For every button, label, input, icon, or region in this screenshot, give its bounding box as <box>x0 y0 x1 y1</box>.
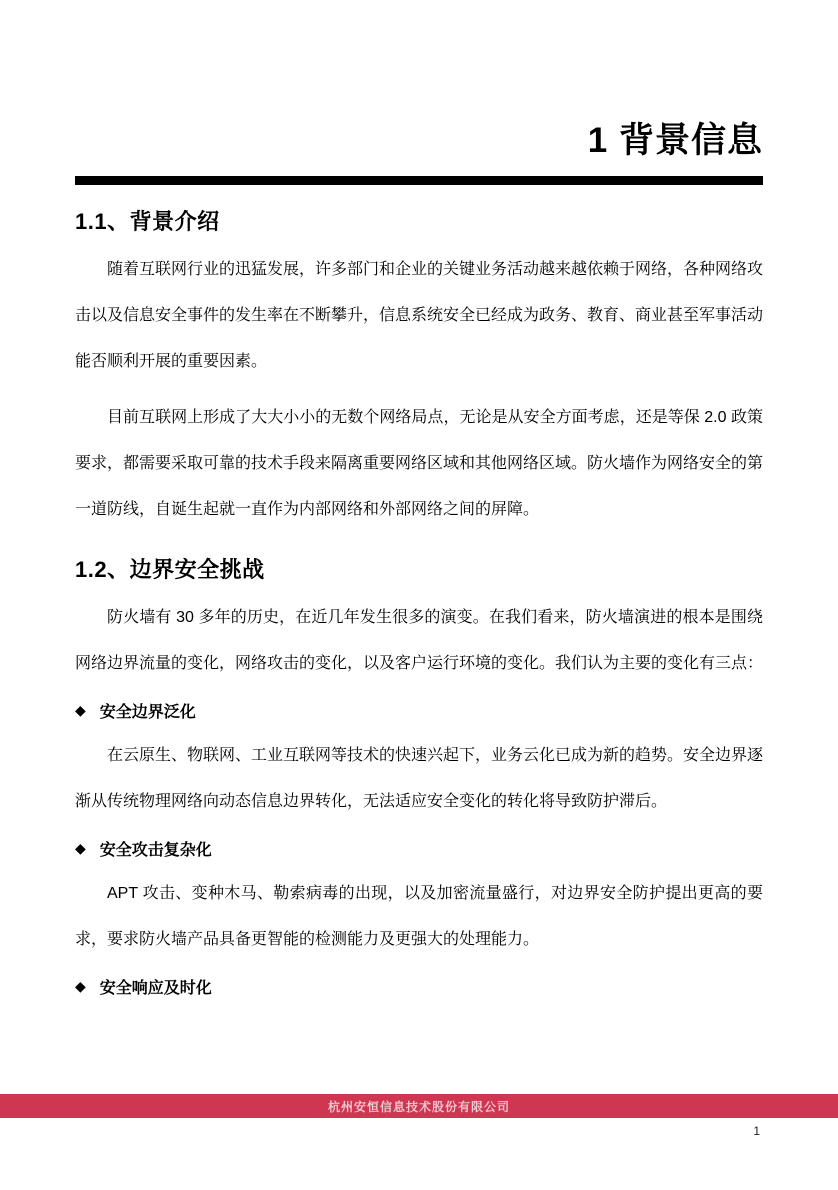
bullet-label: 安全攻击复杂化 <box>100 837 212 860</box>
paragraph: 目前互联网上形成了大大小小的无数个网络局点，无论是从安全方面考虑，还是等保 2.… <box>75 395 763 533</box>
paragraph: 防火墙有 30 多年的历史，在近几年发生很多的演变。在我们看来，防火墙演进的根本… <box>75 595 763 687</box>
paragraph: 随着互联网行业的迅猛发展，许多部门和企业的关键业务活动越来越依赖于网络，各种网络… <box>75 247 763 385</box>
bullet-label: 安全边界泛化 <box>100 699 196 722</box>
diamond-bullet-icon: ◆ <box>75 841 86 855</box>
page-title: 1 背景信息 <box>75 117 763 165</box>
paragraph: APT 攻击、变种木马、勒索病毒的出现，以及加密流量盛行，对边界安全防护提出更高… <box>75 871 763 963</box>
paragraph: 在云原生、物联网、工业互联网等技术的快速兴起下，业务云化已成为新的趋势。安全边界… <box>75 733 763 825</box>
page-number: 1 <box>753 1124 760 1138</box>
bullet-item: ◆ 安全攻击复杂化 <box>75 825 763 871</box>
title-underline-rule <box>75 176 763 185</box>
document-content: 1 背景信息 1.1、背景介绍 随着互联网行业的迅猛发展，许多部门和企业的关键业… <box>75 0 763 1009</box>
diamond-bullet-icon: ◆ <box>75 979 86 993</box>
diamond-bullet-icon: ◆ <box>75 703 86 717</box>
bullet-item: ◆ 安全边界泛化 <box>75 687 763 733</box>
footer-company-name: 杭州安恒信息技术股份有限公司 <box>328 1098 510 1115</box>
bullet-item: ◆ 安全响应及时化 <box>75 963 763 1009</box>
document-page: 1 背景信息 1.1、背景介绍 随着互联网行业的迅猛发展，许多部门和企业的关键业… <box>0 0 838 1190</box>
bullet-label: 安全响应及时化 <box>100 975 212 998</box>
section-heading-1-2: 1.2、边界安全挑战 <box>75 554 763 585</box>
footer-bar: 杭州安恒信息技术股份有限公司 <box>0 1094 838 1118</box>
section-heading-1-1: 1.1、背景介绍 <box>75 206 763 237</box>
